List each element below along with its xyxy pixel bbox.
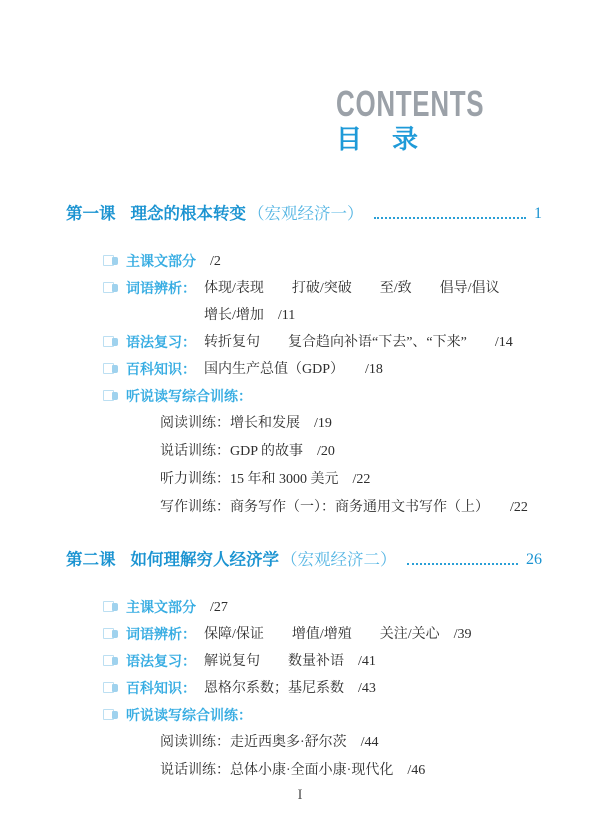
item-content-line: 增长/增加 /11 — [204, 302, 500, 329]
lesson-page-number: 1 — [534, 202, 542, 226]
item-label: 听说读写综合训练： — [126, 702, 252, 729]
item-content: 恩格尔系数；基尼系数 /43 — [204, 675, 376, 702]
toc-page: CONTENTS 目 录 第一课 理念的根本转变 （宏观经济一） 1 主课文部分… — [0, 0, 600, 836]
item-label: 语法复习： — [126, 329, 196, 356]
training-label: 阅读训练： — [160, 735, 230, 750]
training-item: 阅读训练：走近西奥多·舒尔茨 /44 — [160, 729, 542, 757]
book-page-icon — [103, 282, 118, 294]
training-text: GDP 的故事 /20 — [230, 444, 335, 459]
training-text: 15 年和 3000 美元 /22 — [230, 472, 370, 487]
lesson-2-training-list: 阅读训练：走近西奥多·舒尔茨 /44 说话训练：总体小康·全面小康·现代化 /4… — [66, 729, 542, 785]
lesson-1-heading: 第一课 理念的根本转变 （宏观经济一） 1 — [66, 202, 542, 226]
item-label: 主课文部分 — [126, 248, 196, 275]
toc-item: 语法复习： 解说复句 数量补语 /41 — [103, 648, 542, 675]
lesson-1-items: 主课文部分 /2 词语辨析： 体现/表现 打破/突破 至/致 倡导/倡议 增长/… — [66, 248, 542, 410]
item-label: 语法复习： — [126, 648, 196, 675]
toc-item: 主课文部分 /27 — [103, 594, 542, 621]
lesson-2-items: 主课文部分 /27 词语辨析： 保障/保证 增值/增殖 关注/关心 /39 语法… — [66, 594, 542, 729]
book-page-icon — [103, 628, 118, 640]
item-label: 百科知识： — [126, 356, 196, 383]
item-label: 百科知识： — [126, 675, 196, 702]
training-item: 说话训练：总体小康·全面小康·现代化 /46 — [160, 757, 542, 785]
training-label: 听力训练： — [160, 472, 230, 487]
lesson-title: 如何理解穷人经济学 — [131, 548, 280, 572]
item-page-ref: /2 — [210, 248, 221, 275]
training-text: 走近西奥多·舒尔茨 /44 — [230, 735, 379, 750]
item-label: 主课文部分 — [126, 594, 196, 621]
training-item: 听力训练：15 年和 3000 美元 /22 — [160, 466, 542, 494]
lesson-1-training-list: 阅读训练：增长和发展 /19 说话训练：GDP 的故事 /20 听力训练：15 … — [66, 410, 542, 522]
contents-title-english: CONTENTS — [336, 86, 484, 122]
toc-header: CONTENTS 目 录 — [66, 86, 542, 156]
book-page-icon — [103, 682, 118, 694]
training-item: 说话训练：GDP 的故事 /20 — [160, 438, 542, 466]
lesson-number: 第一课 — [66, 202, 116, 226]
book-page-icon — [103, 601, 118, 613]
lesson-2-section: 第二课 如何理解穷人经济学 （宏观经济二） 26 主课文部分 /27 词语辨析：… — [66, 548, 542, 785]
toc-item: 词语辨析： 保障/保证 增值/增殖 关注/关心 /39 — [103, 621, 542, 648]
toc-item: 主课文部分 /2 — [103, 248, 542, 275]
lesson-page-number: 26 — [526, 548, 542, 572]
item-label: 词语辨析： — [126, 275, 196, 302]
contents-title-chinese: 目 录 — [336, 122, 542, 156]
training-label: 写作训练： — [160, 500, 230, 515]
toc-item: 听说读写综合训练： — [103, 383, 542, 410]
training-item: 写作训练：商务写作（一）：商务通用文书写作（上） /22 — [160, 494, 542, 522]
item-label: 听说读写综合训练： — [126, 383, 252, 410]
book-page-icon — [103, 655, 118, 667]
lesson-title: 理念的根本转变 — [131, 202, 247, 226]
lesson-1-section: 第一课 理念的根本转变 （宏观经济一） 1 主课文部分 /2 词语辨析： 体现/… — [66, 202, 542, 522]
dot-leader — [374, 209, 527, 219]
training-text: 增长和发展 /19 — [230, 416, 332, 431]
book-page-icon — [103, 336, 118, 348]
page-number-footer: I — [0, 787, 600, 804]
item-label: 词语辨析： — [126, 621, 196, 648]
item-content-line: 体现/表现 打破/突破 至/致 倡导/倡议 — [204, 275, 500, 302]
toc-item: 百科知识： 恩格尔系数；基尼系数 /43 — [103, 675, 542, 702]
training-text: 商务写作（一）：商务通用文书写作（上） /22 — [230, 500, 528, 515]
lesson-subtitle: （宏观经济一） — [248, 202, 364, 226]
book-page-icon — [103, 709, 118, 721]
training-label: 说话训练： — [160, 763, 230, 778]
toc-item: 词语辨析： 体现/表现 打破/突破 至/致 倡导/倡议 增长/增加 /11 — [103, 275, 542, 329]
item-content: 解说复句 数量补语 /41 — [204, 648, 376, 675]
dot-leader — [407, 555, 519, 565]
training-label: 阅读训练： — [160, 416, 230, 431]
item-content: 保障/保证 增值/增殖 关注/关心 /39 — [204, 621, 472, 648]
item-content: 转折复句 复合趋向补语“下去”、“下来” /14 — [204, 329, 513, 356]
toc-item: 百科知识： 国内生产总值（GDP） /18 — [103, 356, 542, 383]
book-page-icon — [103, 390, 118, 402]
lesson-subtitle: （宏观经济二） — [281, 548, 397, 572]
lesson-2-heading: 第二课 如何理解穷人经济学 （宏观经济二） 26 — [66, 548, 542, 572]
book-page-icon — [103, 255, 118, 267]
toc-item: 听说读写综合训练： — [103, 702, 542, 729]
item-content: 体现/表现 打破/突破 至/致 倡导/倡议 增长/增加 /11 — [204, 275, 500, 329]
book-page-icon — [103, 363, 118, 375]
item-page-ref: /27 — [210, 594, 228, 621]
training-item: 阅读训练：增长和发展 /19 — [160, 410, 542, 438]
item-content: 国内生产总值（GDP） /18 — [204, 356, 383, 383]
training-label: 说话训练： — [160, 444, 230, 459]
lesson-number: 第二课 — [66, 548, 116, 572]
toc-item: 语法复习： 转折复句 复合趋向补语“下去”、“下来” /14 — [103, 329, 542, 356]
training-text: 总体小康·全面小康·现代化 /46 — [230, 763, 425, 778]
